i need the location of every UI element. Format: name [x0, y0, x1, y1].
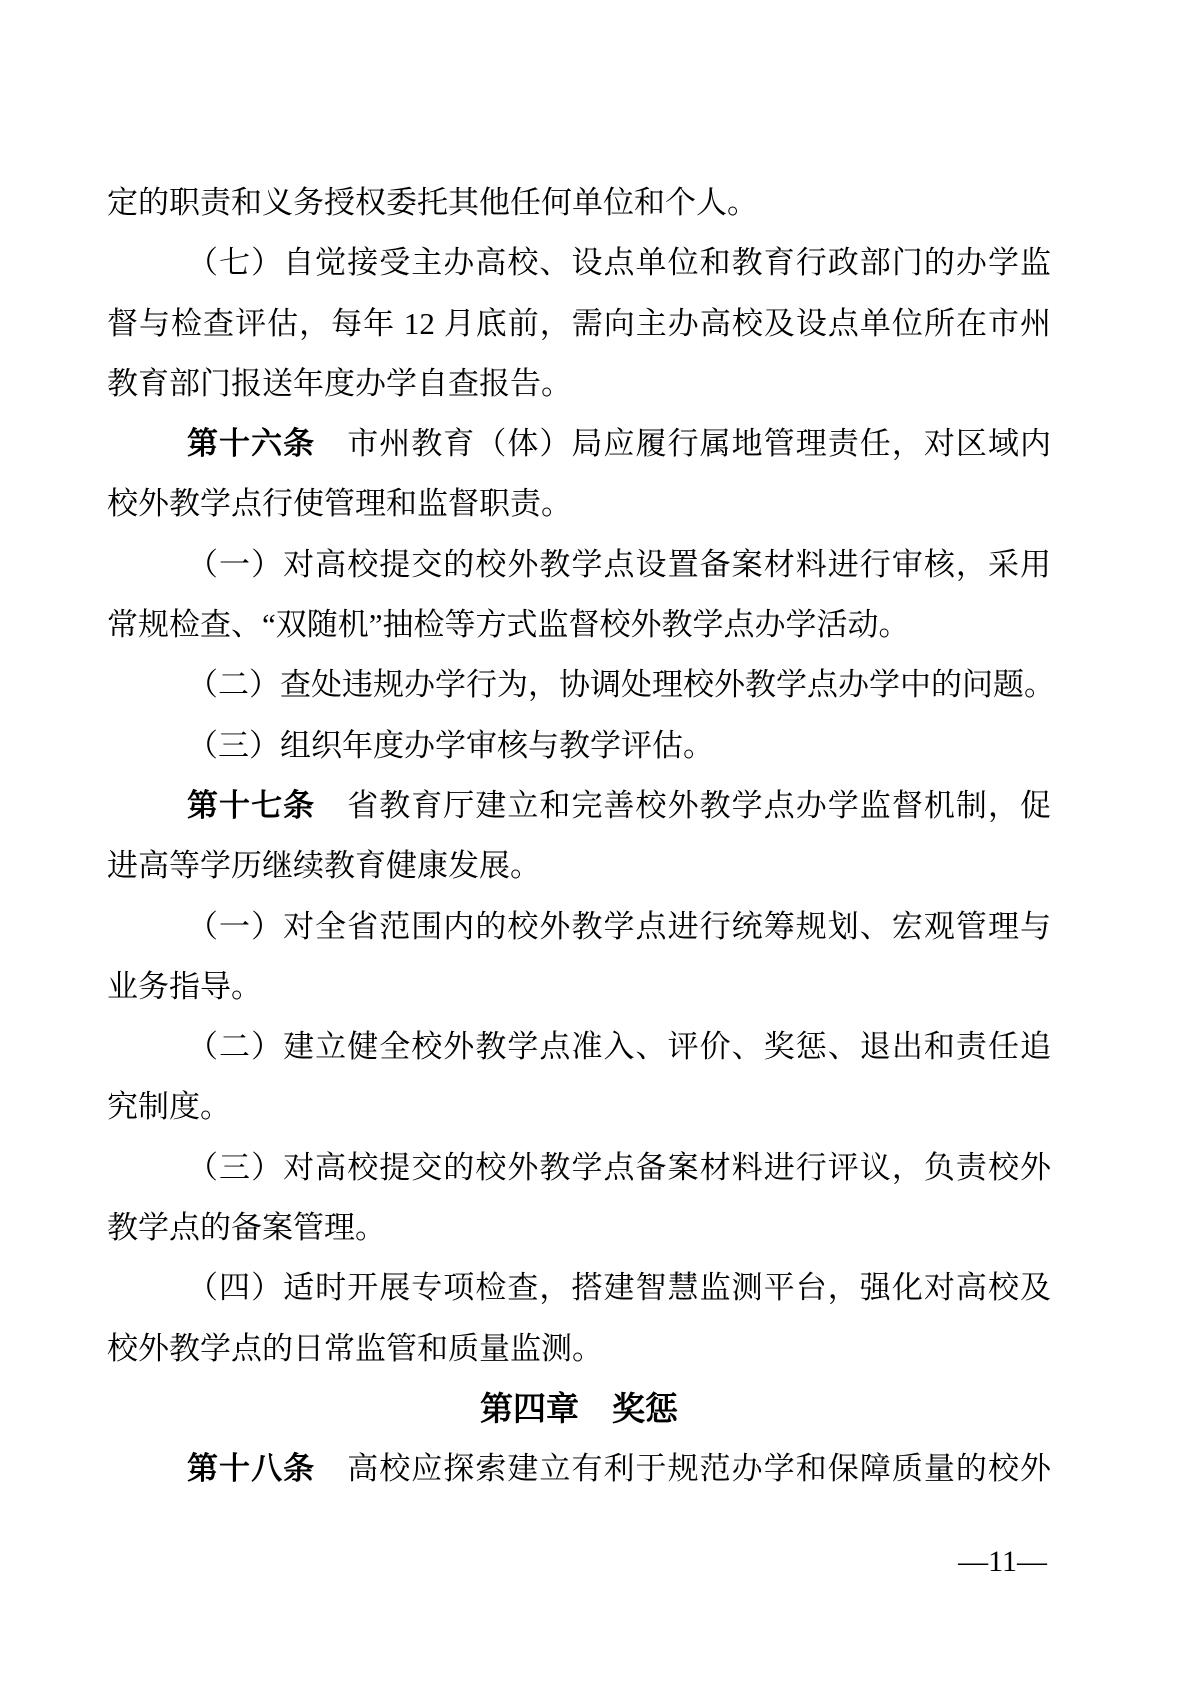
paragraph-continuation-line: 定的职责和义务授权委托其他任何单位和个人。	[107, 173, 1051, 233]
line-text: 教学点的备案管理。	[107, 1210, 386, 1245]
line-text: 市州教育（体）局应履行属地管理责任，对区域内	[315, 426, 1051, 461]
line-text: （三）对高校提交的校外教学点备案材料进行评议，负责校外	[187, 1150, 1051, 1185]
line-text: 究制度。	[107, 1089, 231, 1124]
text-line: 教育部门报送年度办学自查报告。	[107, 354, 1051, 414]
text-line: 督与检查评估，每年 12 月底前，需向主办高校及设点单位所在市州	[107, 294, 1051, 354]
text-line: （二）建立健全校外教学点准入、评价、奖惩、退出和责任追	[107, 1017, 1051, 1077]
text-line: （四）适时开展专项检查，搭建智慧监测平台，强化对高校及	[107, 1258, 1051, 1318]
text-line: 进高等学历继续教育健康发展。	[107, 836, 1051, 896]
text-line: 业务指导。	[107, 957, 1051, 1017]
line-text: 进高等学历继续教育健康发展。	[107, 848, 541, 883]
text-line: 校外教学点行使管理和监督职责。	[107, 474, 1051, 534]
text-line: （一）对高校提交的校外教学点设置备案材料进行审核，采用	[107, 535, 1051, 595]
article-16-line: 第十六条 市州教育（体）局应履行属地管理责任，对区域内	[107, 414, 1051, 474]
text-line: （七）自觉接受主办高校、设点单位和教育行政部门的办学监	[107, 233, 1051, 293]
article-17-line: 第十七条 省教育厅建立和完善校外教学点办学监督机制，促	[107, 776, 1051, 836]
line-text: 教育部门报送年度办学自查报告。	[107, 366, 572, 401]
line-text: （二）建立健全校外教学点准入、评价、奖惩、退出和责任追	[187, 1029, 1051, 1064]
line-text: 常规检查、“双随机”抽检等方式监督校外教学点办学活动。	[107, 607, 910, 642]
line-text: 业务指导。	[107, 969, 262, 1004]
chapter-heading: 第四章 奖惩	[107, 1379, 1051, 1439]
text-line: 常规检查、“双随机”抽检等方式监督校外教学点办学活动。	[107, 595, 1051, 655]
text-line: （二）查处违规办学行为，协调处理校外教学点办学中的问题。	[107, 655, 1051, 715]
text-line: （三）对高校提交的校外教学点备案材料进行评议，负责校外	[107, 1138, 1051, 1198]
line-text: （三）组织年度办学审核与教学评估。	[187, 728, 714, 763]
line-text: （二）查处违规办学行为，协调处理校外教学点办学中的问题。	[187, 667, 1055, 702]
text-line: （三）组织年度办学审核与教学评估。	[107, 716, 1051, 776]
line-text: （四）适时开展专项检查，搭建智慧监测平台，强化对高校及	[187, 1270, 1051, 1305]
line-text: 督与检查评估，每年 12 月底前，需向主办高校及设点单位所在市州	[107, 306, 1051, 341]
article-number: 第十六条	[187, 426, 315, 461]
article-number: 第十七条	[187, 788, 315, 823]
text-line: 校外教学点的日常监管和质量监测。	[107, 1319, 1051, 1379]
text-line: 教学点的备案管理。	[107, 1198, 1051, 1258]
line-text: 校外教学点行使管理和监督职责。	[107, 486, 572, 521]
page-number: —11—	[958, 1544, 1047, 1580]
document-body: 定的职责和义务授权委托其他任何单位和个人。 （七）自觉接受主办高校、设点单位和教…	[107, 173, 1051, 1500]
line-text: 定的职责和义务授权委托其他任何单位和个人。	[107, 185, 758, 220]
article-number: 第十八条	[187, 1451, 315, 1486]
document-page: 定的职责和义务授权委托其他任何单位和个人。 （七）自觉接受主办高校、设点单位和教…	[0, 0, 1191, 1684]
text-line: 究制度。	[107, 1077, 1051, 1137]
line-text: 校外教学点的日常监管和质量监测。	[107, 1331, 603, 1366]
line-text: 高校应探索建立有利于规范办学和保障质量的校外	[315, 1451, 1051, 1486]
chapter-heading-text: 第四章 奖惩	[480, 1390, 678, 1427]
line-text: 省教育厅建立和完善校外教学点办学监督机制，促	[315, 788, 1051, 823]
article-18-line: 第十八条 高校应探索建立有利于规范办学和保障质量的校外	[107, 1439, 1051, 1499]
text-line: （一）对全省范围内的校外教学点进行统筹规划、宏观管理与	[107, 897, 1051, 957]
line-text: （一）对高校提交的校外教学点设置备案材料进行审核，采用	[187, 547, 1051, 582]
line-text: （一）对全省范围内的校外教学点进行统筹规划、宏观管理与	[187, 909, 1051, 944]
line-text: （七）自觉接受主办高校、设点单位和教育行政部门的办学监	[187, 245, 1051, 280]
